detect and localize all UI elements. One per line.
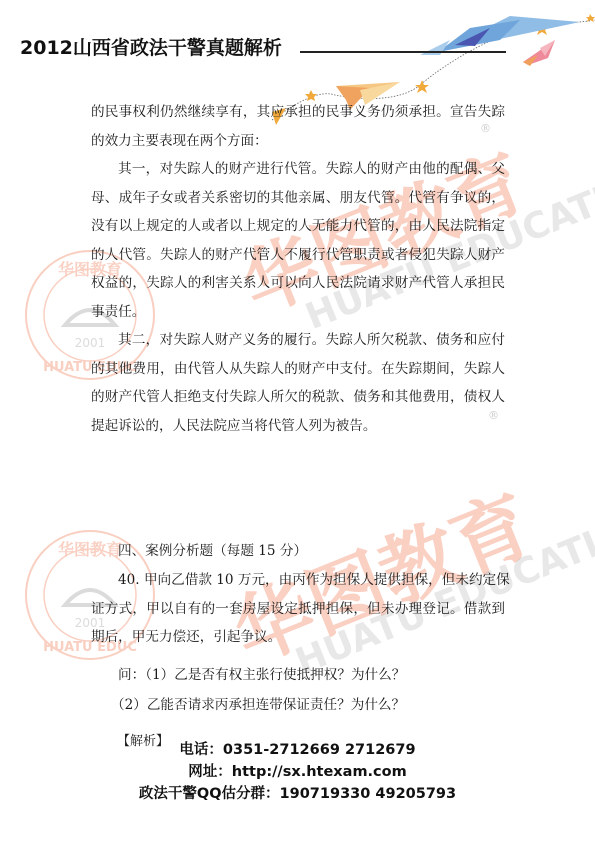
text-line: 的民事权利仍然继续享有，其应承担的民事义务仍须承担。宣告失踪 bbox=[91, 98, 505, 127]
text-line: 提起诉讼的，人民法院应当将代管人列为被告。 bbox=[91, 412, 505, 441]
header-underline bbox=[300, 51, 506, 53]
question-40-sub-1: 问：（1）乙是否有权主张行使抵押权？为什么？ bbox=[91, 661, 505, 690]
contact-phone: 电话：0351-2712669 2712679 bbox=[0, 738, 595, 759]
paragraph-declaration-effect: 的民事权利仍然继续享有，其应承担的民事义务仍须承担。宣告失踪 的效力主要表现在两… bbox=[91, 98, 505, 155]
question-40-sub-2: （2）乙能否请求丙承担连带保证责任？为什么？ bbox=[91, 691, 505, 720]
contact-qq-group: 政法干警QQ估分群：190719330 49205793 bbox=[0, 782, 595, 803]
text-line: 的财产代管人拒绝支付失踪人所欠的税款、债务和其他费用，债权人 bbox=[91, 383, 505, 412]
question-40: 40. 甲向乙借款 10 万元，由丙作为担保人提供担保，但未约定保 证方式，甲以… bbox=[91, 566, 505, 652]
section-heading-case-analysis: 四、案例分析题（每题 15 分） bbox=[91, 537, 505, 566]
document-title: 2012山西省政法干警真题解析 bbox=[20, 33, 282, 60]
text-line: 的人代管。失踪人的财产代管人不履行代管职责或者侵犯失踪人财产 bbox=[91, 241, 505, 270]
text-line: 证方式，甲以自有的一套房屋设定抵押担保，但未办理登记。借款到 bbox=[91, 595, 505, 624]
contact-website[interactable]: 网址：http://sx.htexam.com bbox=[0, 760, 595, 781]
sub-question: （2）乙能否请求丙承担连带保证责任？为什么？ bbox=[91, 691, 505, 720]
paragraph-obligation-performance: 其二，对失踪人财产义务的履行。失踪人所欠税款、债务和应付 的其他费用，由代管人从… bbox=[91, 326, 505, 440]
star-icon bbox=[535, 22, 549, 35]
text-line: 事责任。 bbox=[91, 298, 505, 327]
text-line: 没有以上规定的人或者以上规定的人无能力代管的，由人民法院指定 bbox=[91, 212, 505, 241]
text-line: 的效力主要表现在两个方面： bbox=[91, 127, 505, 156]
text-line: 其二，对失踪人财产义务的履行。失踪人所欠税款、债务和应付 bbox=[91, 326, 505, 355]
text-line: 期后，甲无力偿还，引起争议。 bbox=[91, 623, 505, 652]
text-line: 的其他费用，由代管人从失踪人的财产中支付。在失踪期间，失踪人 bbox=[91, 355, 505, 384]
text-line: 母、成年子女或者关系密切的其他亲属、朋友代管。代管有争议的， bbox=[91, 184, 505, 213]
star-icon bbox=[415, 80, 429, 93]
text-line: 40. 甲向乙借款 10 万元，由丙作为担保人提供担保，但未约定保 bbox=[91, 566, 505, 595]
paragraph-property-custody: 其一，对失踪人的财产进行代管。失踪人的财产由他的配偶、父 母、成年子女或者关系密… bbox=[91, 155, 505, 326]
section-heading: 四、案例分析题（每题 15 分） bbox=[91, 537, 505, 566]
text-line: 权益的，失踪人的利害关系人可以向人民法院请求财产代管人承担民 bbox=[91, 269, 505, 298]
text-line: 其一，对失踪人的财产进行代管。失踪人的财产由他的配偶、父 bbox=[91, 155, 505, 184]
sub-question: 问：（1）乙是否有权主张行使抵押权？为什么？ bbox=[91, 661, 505, 690]
